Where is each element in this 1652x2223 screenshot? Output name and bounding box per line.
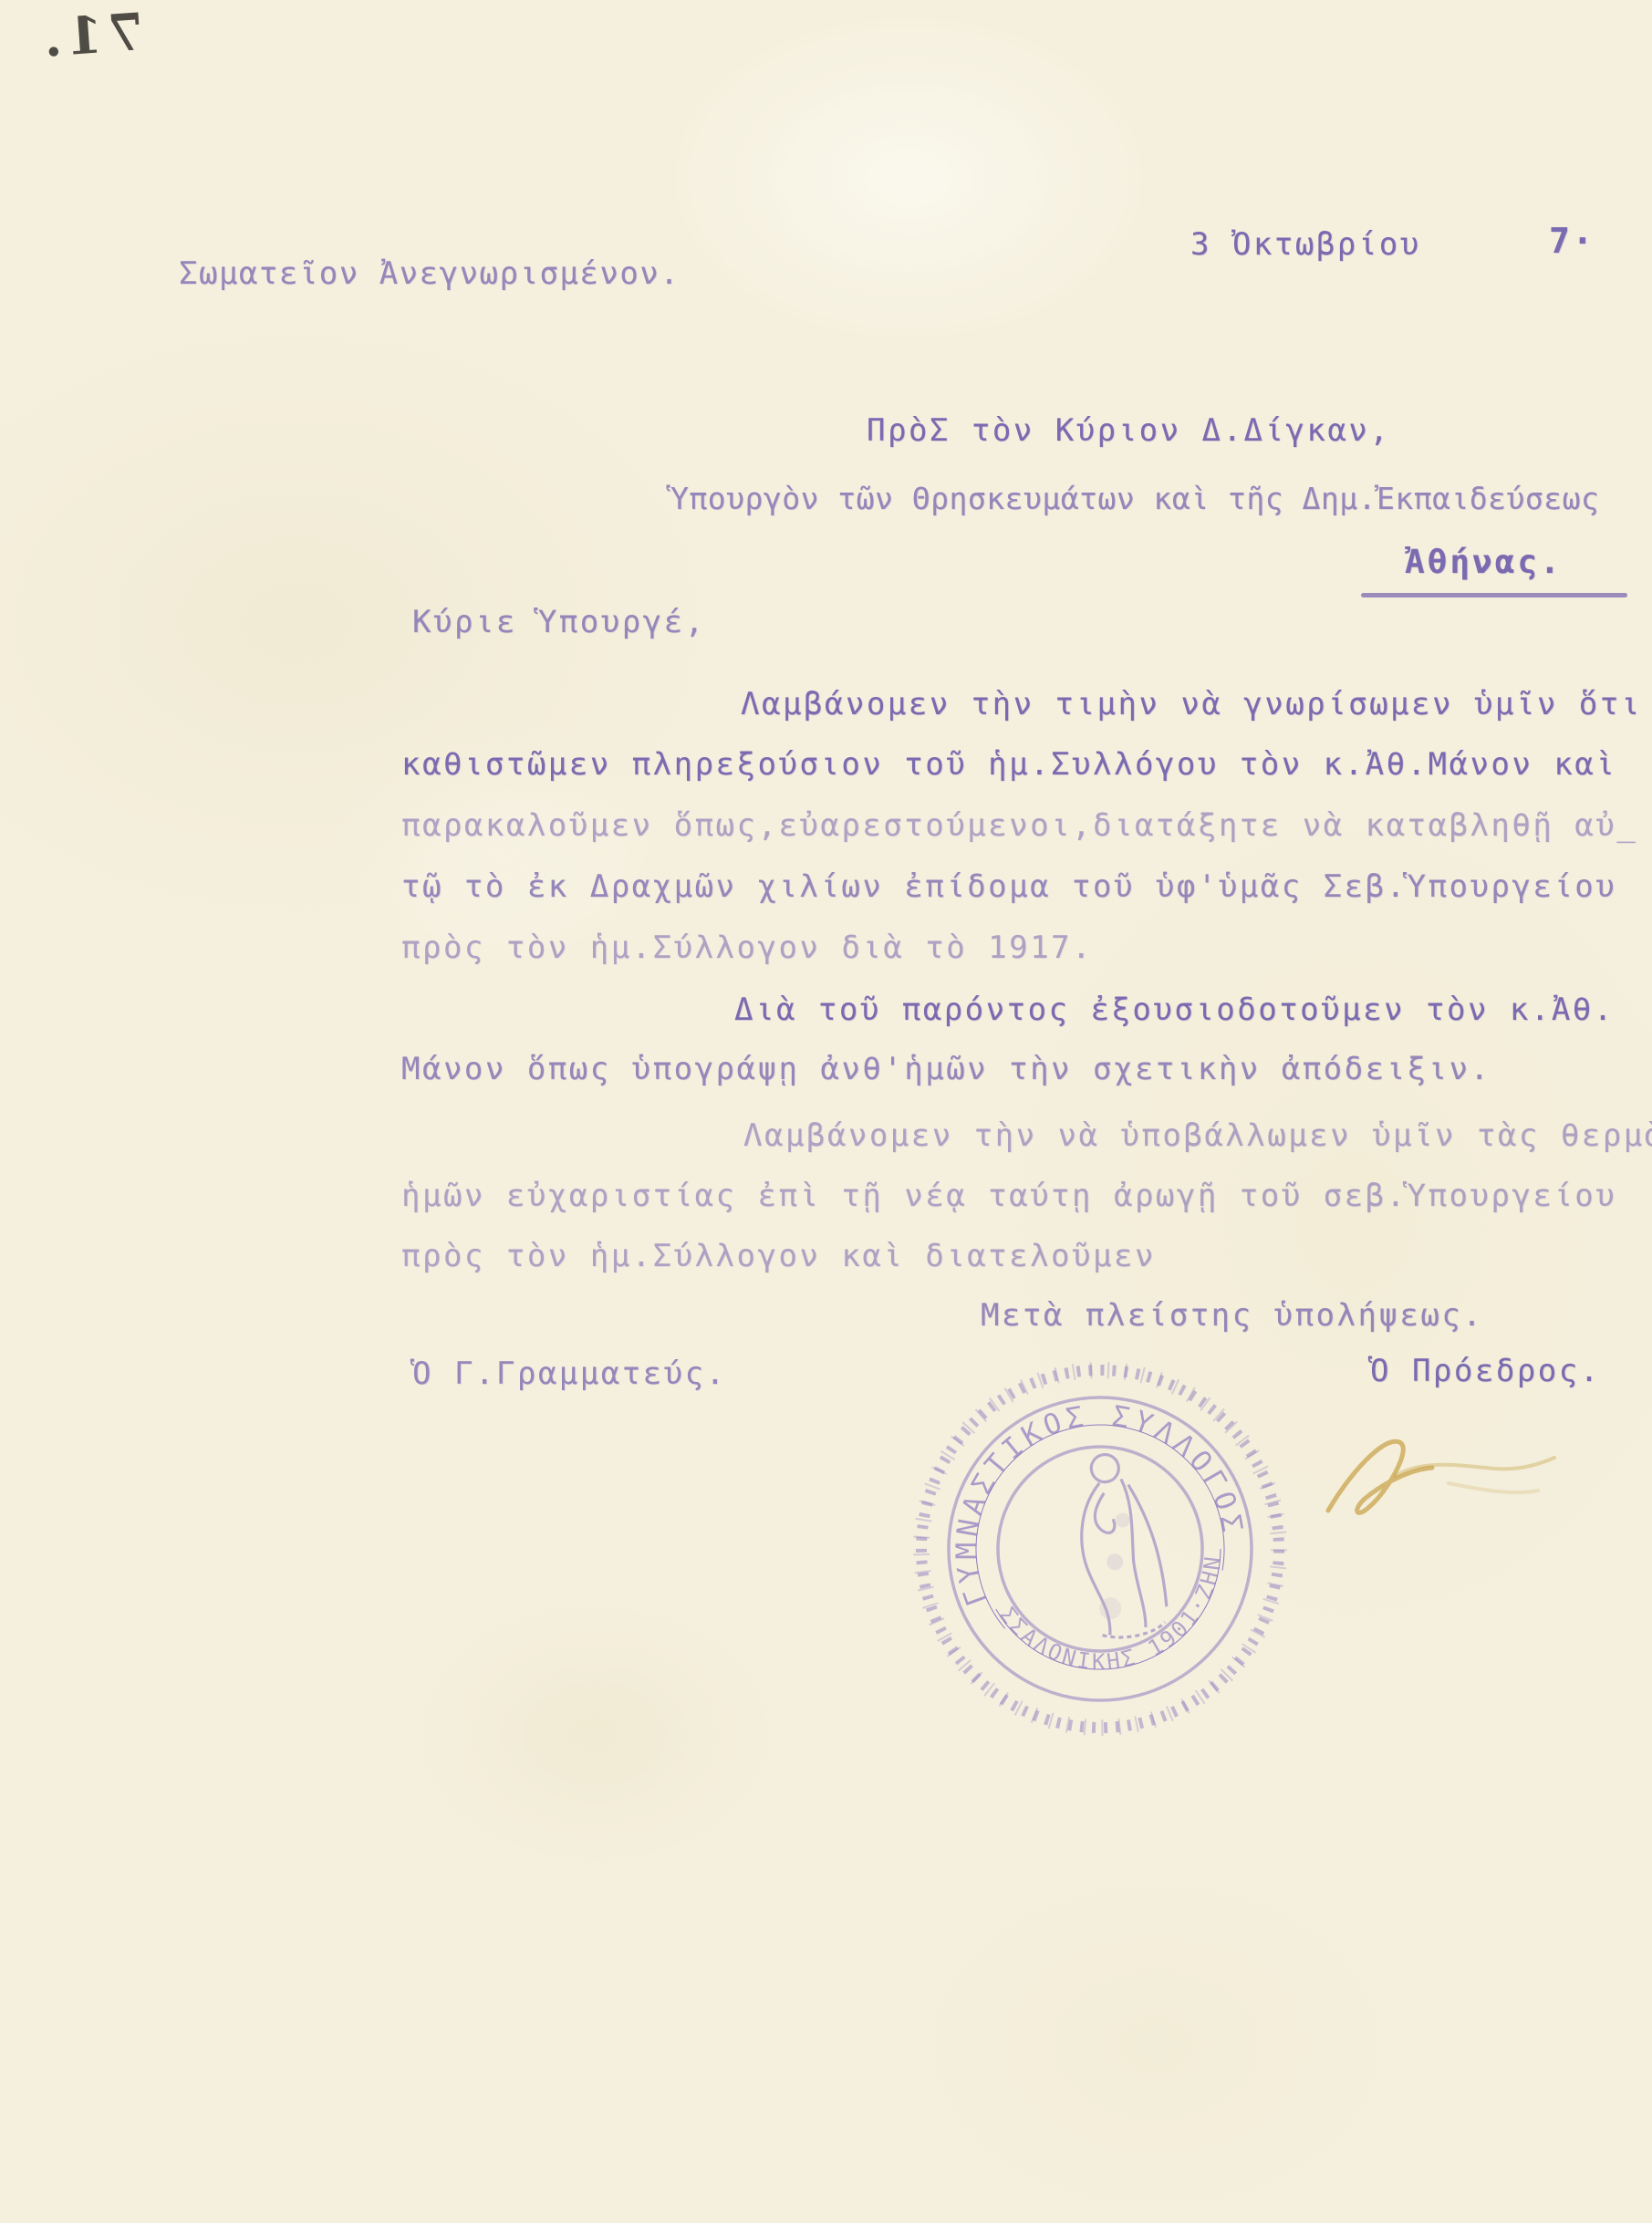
archive-number: 71. bbox=[36, 2, 146, 69]
president-signature-label: Ὁ Πρόεδρος. bbox=[1370, 1353, 1601, 1389]
body-line: τῷ τὸ ἐκ Δραχμῶν χιλίων ἐπίδομα τοῦ ὑφ'ὑ… bbox=[401, 868, 1616, 905]
body-line: πρὸς τὸν ἡμ.Σύλλογον καὶ διατελοῦμεν bbox=[401, 1238, 1156, 1274]
body-line: καθιστῶμεν πληρεξούσιον τοῦ ἡμ.Συλλόγου … bbox=[401, 746, 1616, 783]
stamp-center-figure-icon bbox=[1057, 1448, 1177, 1645]
body-line: Διὰ τοῦ παρόντος ἐξουσιοδοτοῦμεν τὸν κ.Ἀ… bbox=[734, 992, 1615, 1028]
recipient-line-2: Ὑπουργὸν τῶν Θρησκευμάτων καὶ τῆς Δημ.Ἐκ… bbox=[670, 481, 1599, 516]
letter-page: { "document": { "archive_number": "71.",… bbox=[0, 0, 1652, 2223]
secretary-signature-label: Ὁ Γ.Γραμματεύς. bbox=[412, 1356, 727, 1392]
society-status-line: Σωματεῖον Ἀνεγνωρισμένον. bbox=[179, 255, 680, 292]
club-stamp-seal: ΓΥΜΝΑΣΤΙΚΟΣ ΣΥΛΛΟΓΟΣ ΘΕΣΣΑΛΟΝΙΚΗΣ 1901·Ζ… bbox=[899, 1348, 1301, 1750]
body-line: παρακαλοῦμεν ὅπως,εὐαρεστούμενοι,διατάξη… bbox=[401, 807, 1637, 844]
city-underline bbox=[1361, 593, 1627, 597]
date-day-month: 3 Ὀκτωβρίου bbox=[1190, 226, 1421, 263]
president-signature-scribble bbox=[1312, 1412, 1567, 1549]
body-line: Λαμβάνομεν τὴν τιμὴν νὰ γνωρίσωμεν ὑμῖν … bbox=[741, 686, 1642, 722]
body-line: Μάνον ὅπως ὑπογράψῃ ἀνθ'ἡμῶν τὴν σχετικὴ… bbox=[401, 1051, 1491, 1087]
recipient-city: Ἀθήνας. bbox=[1405, 544, 1563, 581]
recipient-line-1: ΠρὸΣ τὸν Κύριον Δ.Δίγκαν, bbox=[867, 412, 1390, 449]
body-line: ἡμῶν εὐχαριστίας ἐπὶ τῇ νέᾳ ταύτῃ ἀρωγῇ … bbox=[401, 1178, 1616, 1214]
body-line: Λαμβάνομεν τὴν νὰ ὑποβάλλωμεν ὑμῖν τὰς θ… bbox=[743, 1117, 1652, 1154]
body-line: πρὸς τὸν ἡμ.Σύλλογον διὰ τὸ 1917. bbox=[401, 930, 1093, 966]
date-year: 7· bbox=[1549, 221, 1595, 261]
salutation-line: Κύριε Ὑπουργέ, bbox=[412, 604, 706, 640]
closing-line: Μετὰ πλείστης ὑπολήψεως. bbox=[981, 1297, 1483, 1334]
